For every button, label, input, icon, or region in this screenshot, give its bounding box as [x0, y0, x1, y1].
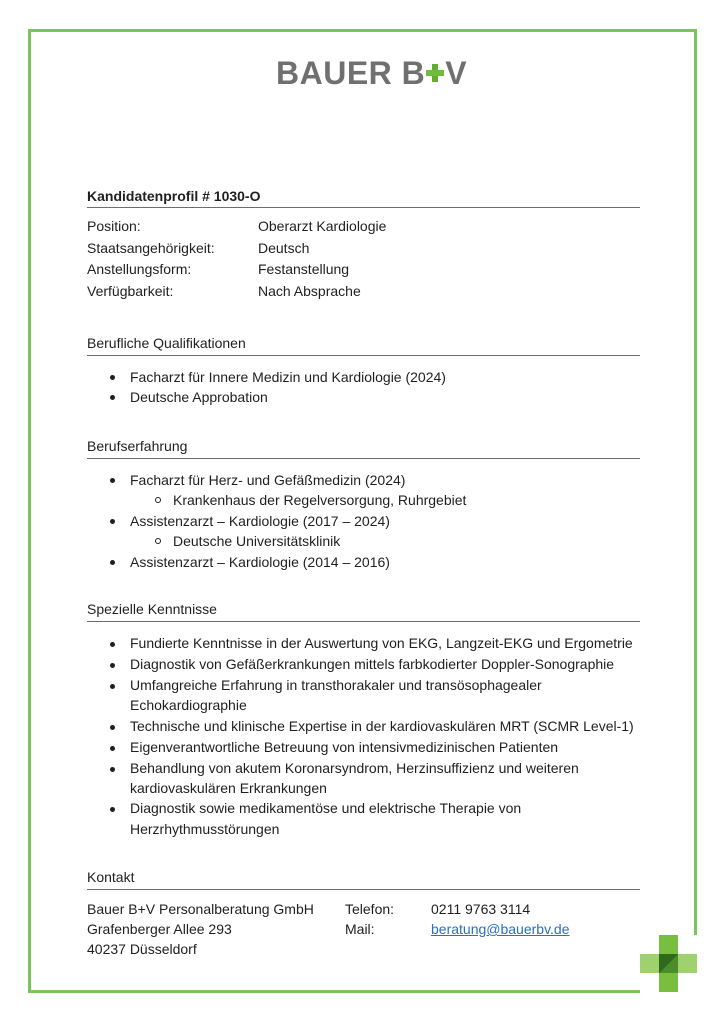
bullet-icon — [110, 375, 115, 380]
section-divider — [87, 889, 640, 890]
field-label-availability: Verfügbarkeit: — [87, 281, 173, 301]
mail-label: Mail: — [345, 919, 375, 939]
experience-item: Assistenzarzt – Kardiologie (2017 – 2024… — [130, 511, 390, 531]
experience-subitem: Krankenhaus der Regelversorgung, Ruhrgeb… — [173, 490, 466, 510]
experience-item: Assistenzarzt – Kardiologie (2014 – 2016… — [130, 552, 390, 572]
skill-item: Behandlung von akutem Koronarsyndrom, He… — [130, 758, 579, 778]
frame-border-top — [28, 29, 697, 32]
logo-text-left: BAUER B — [276, 57, 425, 89]
green-cross-icon — [640, 935, 697, 992]
field-value-nationality: Deutsch — [258, 238, 309, 258]
bullet-icon — [110, 684, 115, 689]
company-logo: BAUER B V — [276, 57, 467, 89]
phone-number: 0211 9763 3114 — [431, 899, 530, 919]
skill-item: Technische und klinische Expertise in de… — [130, 716, 634, 736]
bullet-icon — [110, 519, 115, 524]
contact-city: 40237 Düsseldorf — [87, 939, 197, 959]
skill-item-continuation: kardiovaskulären Erkrankungen — [130, 778, 327, 798]
contact-company: Bauer B+V Personalberatung GmbH — [87, 899, 314, 919]
field-value-position: Oberarzt Kardiologie — [258, 216, 386, 236]
green-plus-icon — [426, 61, 444, 85]
bullet-icon — [110, 560, 115, 565]
bullet-icon — [110, 478, 115, 483]
section-divider — [87, 355, 640, 356]
qualification-item: Facharzt für Innere Medizin und Kardiolo… — [130, 367, 446, 387]
field-value-employment: Festanstellung — [258, 259, 349, 279]
bullet-icon — [110, 767, 115, 772]
logo-text-right: V — [445, 57, 467, 89]
contact-street: Grafenberger Allee 293 — [87, 919, 232, 939]
qualifications-heading: Berufliche Qualifikationen — [87, 333, 246, 353]
skills-heading: Spezielle Kenntnisse — [87, 599, 217, 619]
section-divider — [87, 621, 640, 622]
sub-bullet-icon — [155, 497, 161, 503]
skill-item: Eigenverantwortliche Betreuung von inten… — [130, 737, 558, 757]
sub-bullet-icon — [155, 538, 161, 544]
skill-item: Diagnostik sowie medikamentöse und elekt… — [130, 798, 521, 818]
field-label-employment: Anstellungsform: — [87, 259, 191, 279]
field-value-availability: Nach Absprache — [258, 281, 361, 301]
bullet-icon — [110, 807, 115, 812]
bullet-icon — [110, 663, 115, 668]
section-divider — [87, 458, 640, 459]
skill-item: Fundierte Kenntnisse in der Auswertung v… — [130, 633, 633, 653]
experience-heading: Berufserfahrung — [87, 436, 187, 456]
skill-item-continuation: Echokardiographie — [130, 695, 247, 715]
frame-border-right — [694, 29, 697, 935]
skill-item-continuation: Herzrhythmusstörungen — [130, 819, 279, 839]
skill-item: Umfangreiche Erfahrung in transthorakale… — [130, 675, 542, 695]
field-label-position: Position: — [87, 216, 141, 236]
bullet-icon — [110, 725, 115, 730]
phone-label: Telefon: — [345, 899, 394, 919]
email-link[interactable]: beratung@bauerbv.de — [431, 921, 570, 937]
contact-heading: Kontakt — [87, 867, 134, 887]
bullet-icon — [110, 746, 115, 751]
experience-item: Facharzt für Herz- und Gefäßmedizin (202… — [130, 470, 405, 490]
frame-border-bottom — [28, 990, 640, 993]
skill-item: Diagnostik von Gefäßerkrankungen mittels… — [130, 654, 614, 674]
frame-border-left — [28, 29, 31, 993]
section-divider — [87, 207, 640, 208]
field-label-nationality: Staatsangehörigkeit: — [87, 238, 215, 258]
profile-title: Kandidatenprofil # 1030-O — [87, 186, 260, 206]
cross-center — [659, 954, 678, 973]
bullet-icon — [110, 642, 115, 647]
bullet-icon — [110, 395, 115, 400]
qualification-item: Deutsche Approbation — [130, 387, 268, 407]
experience-subitem: Deutsche Universitätsklinik — [173, 531, 340, 551]
